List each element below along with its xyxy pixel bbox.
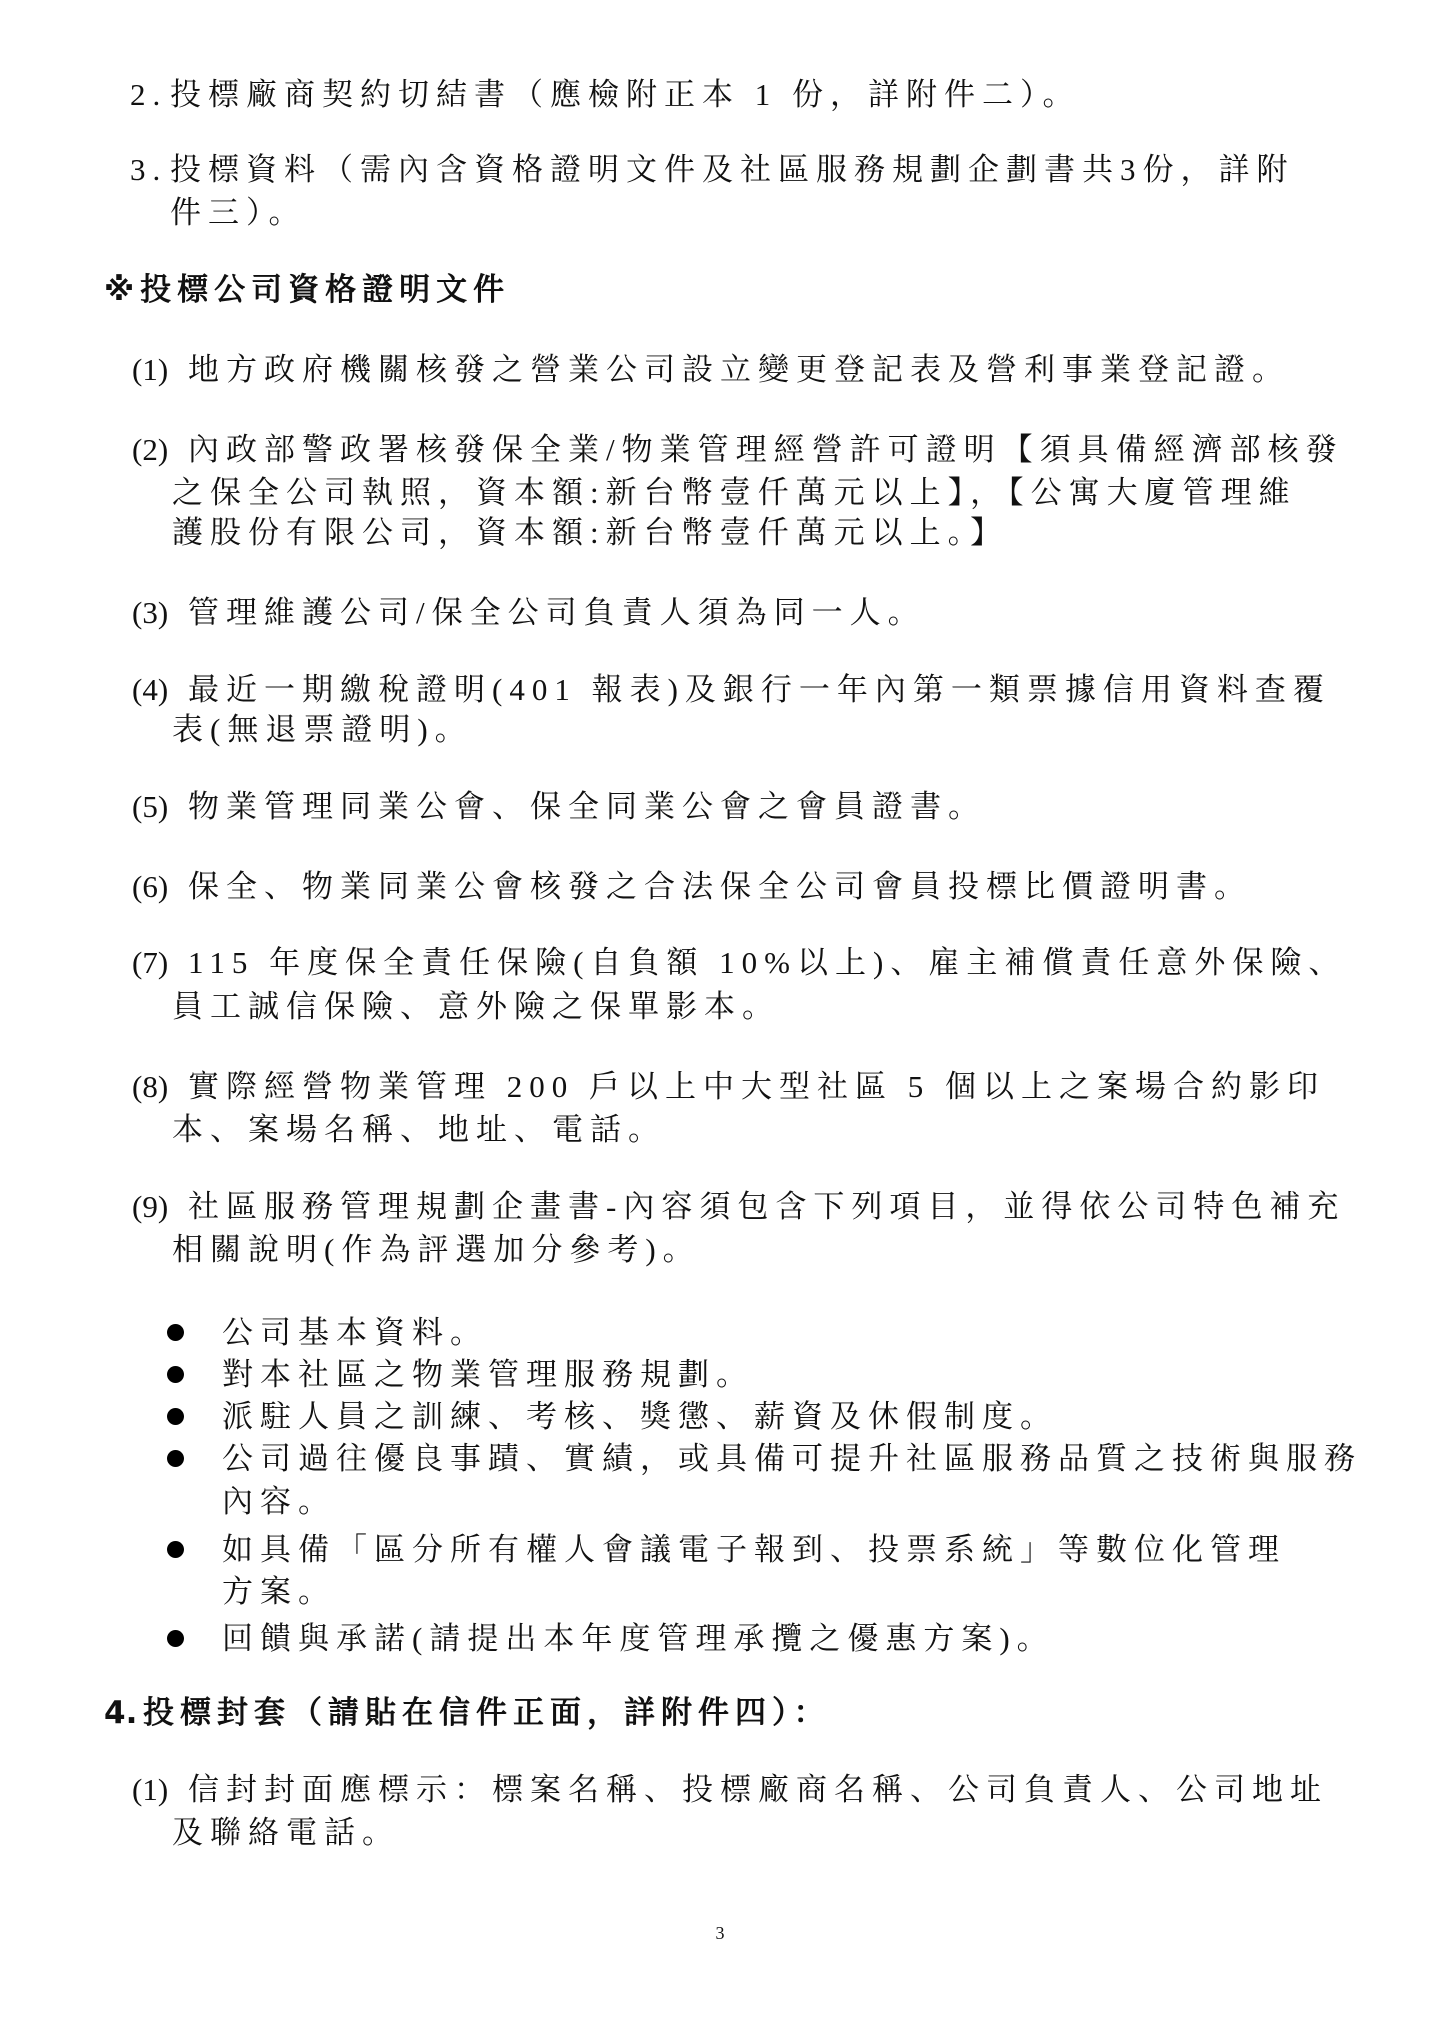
item-4-subitem-1-text-line-1: 信封封面應標示：標案名稱、投標廠商名稱、公司負責人、公司地址 bbox=[188, 1770, 1328, 1810]
qualification-2-text-line-3: 護股份有限公司，資本額:新台幣壹仟萬元以上。】 bbox=[172, 513, 1008, 553]
qualification-5-text: 物業管理同業公會、保全同業公會之會員證書。 bbox=[188, 787, 986, 827]
item-3-number: 3. bbox=[130, 150, 167, 190]
qualification-9-text-line-1: 社區服務管理規劃企畫書-內容須包含下列項目，並得依公司特色補充 bbox=[188, 1187, 1345, 1227]
qualification-7-label: (7) bbox=[132, 943, 168, 983]
qualification-7-text-line-1: 115 年度保全責任保險(自負額 10%以上)、雇主補償責任意外保險、 bbox=[188, 943, 1346, 983]
plan-bullet-6-text: 回饋與承諾(請提出本年度管理承攬之優惠方案)。 bbox=[222, 1619, 1055, 1659]
page-number: 3 bbox=[700, 1923, 740, 1943]
qualification-4-text-line-1: 最近一期繳稅證明(401 報表)及銀行一年內第一類票據信用資料查覆 bbox=[188, 670, 1331, 710]
bullet-icon bbox=[167, 1408, 184, 1425]
plan-bullet-4-text-line-2: 內容。 bbox=[222, 1482, 336, 1522]
qualification-2-text-line-2: 之保全公司執照，資本額:新台幣壹仟萬元以上】，【公寓大廈管理維 bbox=[172, 473, 1297, 513]
item-4-subitem-1-label: (1) bbox=[132, 1770, 168, 1810]
qualification-8-text-line-1: 實際經營物業管理 200 戶以上中大型社區 5 個以上之案場合約影印 bbox=[188, 1067, 1325, 1107]
qualification-9-text-line-2: 相關說明(作為評選加分參考)。 bbox=[172, 1230, 701, 1270]
plan-bullet-5-text-line-2: 方案。 bbox=[222, 1572, 336, 1612]
qualification-6-label: (6) bbox=[132, 867, 168, 907]
item-2-number: 2. bbox=[130, 75, 167, 115]
item-3-text-line-1: 投標資料（需內含資格證明文件及社區服務規劃企劃書共3份，詳附 bbox=[170, 150, 1295, 190]
bullet-icon bbox=[167, 1541, 184, 1558]
qualification-3-text: 管理維護公司/保全公司負責人須為同一人。 bbox=[188, 593, 926, 633]
item-3-text-line-2: 件三）。 bbox=[170, 193, 307, 233]
bullet-icon bbox=[167, 1450, 184, 1467]
qualification-2-label: (2) bbox=[132, 430, 168, 470]
qualification-7-text-line-2: 員工誠信保險、意外險之保單影本。 bbox=[172, 987, 780, 1027]
qualification-4-label: (4) bbox=[132, 670, 168, 710]
plan-bullet-2-text: 對本社區之物業管理服務規劃。 bbox=[222, 1355, 754, 1395]
qualification-2-text-line-1: 內政部警政署核發保全業/物業管理經營許可證明【須具備經濟部核發 bbox=[188, 430, 1344, 470]
plan-bullet-1-text: 公司基本資料。 bbox=[222, 1313, 488, 1353]
item-2-text: 投標廠商契約切結書（應檢附正本 1 份，詳附件二）。 bbox=[170, 75, 1081, 115]
qualification-8-text-line-2: 本、案場名稱、地址、電話。 bbox=[172, 1110, 666, 1150]
qualification-1-label: (1) bbox=[132, 350, 168, 390]
qualification-5-label: (5) bbox=[132, 787, 168, 827]
item-4-number: 4. bbox=[104, 1693, 137, 1733]
item-4-title: 投標封套（請貼在信件正面，詳附件四）： bbox=[143, 1693, 831, 1733]
qualification-9-label: (9) bbox=[132, 1187, 168, 1227]
plan-bullet-4-text-line-1: 公司過往優良事蹟、實績，或具備可提升社區服務品質之技術與服務 bbox=[222, 1439, 1362, 1479]
qualification-6-text: 保全、物業同業公會核發之合法保全公司會員投標比價證明書。 bbox=[188, 867, 1252, 907]
bullet-icon bbox=[167, 1324, 184, 1341]
qualification-8-label: (8) bbox=[132, 1067, 168, 1107]
qualification-3-label: (3) bbox=[132, 593, 168, 633]
plan-bullet-5-text-line-1: 如具備「區分所有權人會議電子報到、投票系統」等數位化管理 bbox=[222, 1530, 1286, 1570]
plan-bullet-3-text: 派駐人員之訓練、考核、獎懲、薪資及休假制度。 bbox=[222, 1397, 1058, 1437]
qualification-heading: ※投標公司資格證明文件 bbox=[104, 270, 510, 310]
qualification-4-text-line-2: 表(無退票證明)。 bbox=[172, 710, 473, 750]
item-4-subitem-1-text-line-2: 及聯絡電話。 bbox=[172, 1813, 400, 1853]
qualification-1-text: 地方政府機關核發之營業公司設立變更登記表及營利事業登記證。 bbox=[188, 350, 1290, 390]
bullet-icon bbox=[167, 1366, 184, 1383]
bullet-icon bbox=[167, 1630, 184, 1647]
